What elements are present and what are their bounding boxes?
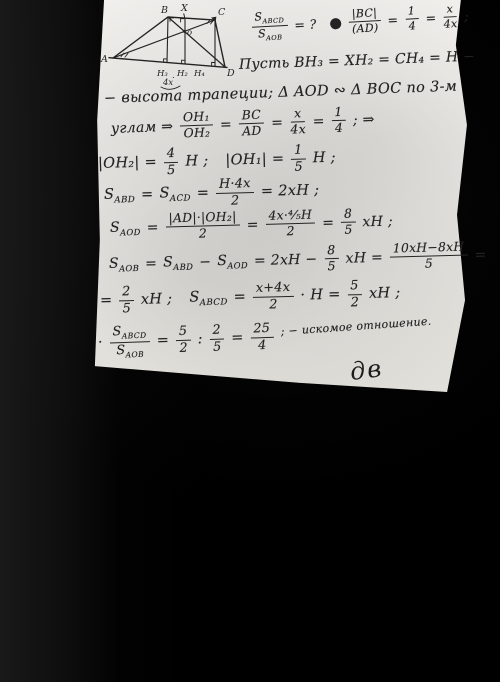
fraction: 45	[164, 147, 179, 178]
text-token: −	[199, 254, 211, 270]
area-symbol: SAOD	[217, 252, 248, 271]
fraction-numerator: 2	[119, 285, 134, 301]
area-symbol: SAOD	[110, 219, 141, 238]
fraction-denominator: 2	[269, 297, 278, 312]
fraction-denominator: 2	[199, 227, 208, 242]
trapezoid-diagram: A B X C D o H₃ . H₂ H₄ 4x	[93, 2, 245, 92]
fraction-denominator: 2	[351, 295, 360, 310]
text-token: ●	[329, 15, 343, 32]
text-token: H ;	[313, 150, 336, 167]
fraction: BCAD	[238, 109, 264, 139]
text-token: ·	[98, 335, 103, 351]
fraction-denominator: 4	[335, 121, 344, 136]
fraction: |AD|·|OH₂|2	[165, 211, 240, 243]
vertex-label-d: D	[226, 68, 235, 79]
area-symbol: SABD	[104, 186, 136, 206]
text-token: xH ;	[362, 213, 393, 230]
fraction-denominator: 4x	[443, 17, 457, 31]
text-token: H ;	[185, 153, 208, 170]
fraction: 15	[291, 143, 306, 174]
fraction: 254	[250, 322, 274, 353]
point-label-x: X	[180, 3, 189, 14]
fraction-denominator: 4x	[290, 122, 306, 137]
text-token: =	[233, 289, 246, 305]
fraction-numerator: 4x·⁴⁄₅H	[265, 209, 315, 226]
area-symbol: SAOB	[109, 255, 140, 274]
text-token: =	[247, 217, 259, 233]
fraction-numerator: 8	[324, 244, 339, 260]
fraction: 52	[176, 325, 191, 356]
fraction-numerator: BC	[238, 109, 264, 125]
text-token: xH ;	[369, 285, 401, 302]
fraction-denominator: SAOB	[258, 27, 283, 44]
fraction: |BC|(AD)	[349, 7, 382, 35]
base-ad	[109, 58, 227, 68]
text-token: =	[197, 185, 210, 201]
fraction-numerator: 2	[209, 324, 224, 340]
fraction-denominator: 4	[258, 338, 267, 353]
text-token: :	[197, 332, 203, 348]
text-token: =	[312, 113, 325, 129]
subscript: ABCD	[200, 297, 228, 308]
fraction-denominator: OH₂	[183, 126, 210, 141]
text-token: =	[322, 215, 334, 231]
fraction-numerator: 5	[347, 279, 362, 295]
fraction-numerator: 4	[164, 147, 179, 163]
s-abd-line: SABD=SACD=H·4x2= 2xH ;	[101, 175, 323, 211]
text-token: xH =	[345, 250, 383, 267]
photo-stage: A B X C D o H₃ . H₂ H₄ 4x SABCDSAOB= ?●|…	[0, 0, 500, 682]
fraction-numerator: x	[443, 4, 456, 19]
fraction-denominator: 5	[425, 257, 434, 272]
fraction: H·4x2	[216, 177, 254, 209]
height-bh3	[167, 17, 168, 63]
text-token: =	[100, 293, 113, 309]
text-token: =	[231, 330, 244, 346]
fraction: SABCDSAOB	[109, 324, 150, 360]
subscript: ABD	[173, 261, 193, 272]
fraction-numerator: 25	[250, 322, 273, 339]
subscript: AOD	[227, 260, 248, 271]
text-token: =	[145, 255, 157, 271]
area-symbol: SABD	[163, 254, 193, 273]
fraction: SABCDSAOB	[251, 10, 288, 43]
foot-label-h2: H₂	[176, 69, 188, 79]
point-label-o: o	[187, 28, 192, 38]
o-point	[183, 30, 186, 33]
text-token: xH ;	[141, 291, 173, 308]
fraction-numerator: OH₁	[180, 110, 213, 126]
text-token: углам ⇒	[111, 119, 174, 137]
text-token: ; − искомое отношение.	[280, 314, 432, 338]
fraction-denominator: 2	[179, 341, 188, 356]
text-token: =	[220, 116, 233, 132]
fraction-denominator: 2	[231, 193, 240, 208]
fraction-denominator: (AD)	[352, 21, 379, 35]
fraction: x+4x2	[253, 281, 294, 313]
base-length-label: 4x	[162, 78, 173, 88]
text-token: =	[387, 12, 399, 28]
fraction-numerator: x	[291, 107, 305, 123]
text-token: · H =	[300, 287, 341, 304]
subscript: AOD	[120, 227, 141, 238]
text-token: = 2xH ;	[261, 183, 320, 201]
area-symbol: SACD	[159, 184, 191, 204]
fraction: x4x	[290, 107, 306, 137]
fraction: 10xH−8xH5	[390, 241, 468, 273]
subscript: AOB	[119, 263, 140, 274]
fraction-numerator: H·4x	[216, 177, 254, 194]
fraction-denominator: 5	[294, 159, 303, 174]
fraction-denominator: 5	[344, 223, 353, 238]
fraction-numerator: SABCD	[251, 10, 287, 28]
fraction-numerator: |AD|·|OH₂|	[165, 211, 239, 228]
fraction-denominator: 5	[122, 301, 131, 316]
subscript: ABCD	[122, 331, 147, 341]
fraction: 14	[331, 106, 346, 136]
fraction-numerator: 1	[405, 5, 419, 20]
subscript: AOB	[125, 350, 144, 360]
text-token: =	[141, 187, 154, 203]
text-token: =	[157, 333, 170, 349]
fraction-denominator: 5	[167, 163, 176, 178]
fraction-numerator: 1	[291, 143, 306, 159]
text-token: = 2xH −	[254, 251, 318, 269]
fraction-denominator: 5	[213, 339, 222, 354]
right-angle-mark-x	[181, 19, 184, 23]
fraction: x4x	[443, 3, 458, 30]
foot-label-h4: H₄	[193, 69, 205, 79]
text-token: =	[271, 115, 284, 131]
fraction-numerator: x+4x	[253, 281, 294, 298]
text-token: ; ⇒	[353, 111, 375, 128]
fraction-denominator: 2	[286, 224, 295, 239]
vertex-label-a: A	[100, 54, 108, 65]
text-token: =	[425, 10, 437, 26]
fraction-numerator: 10xH−8xH	[390, 241, 468, 258]
fraction-numerator: 8	[341, 208, 356, 224]
fraction: 52	[347, 279, 362, 310]
text-token: =	[147, 219, 159, 235]
fraction-denominator: SAOB	[116, 342, 144, 360]
fraction: 14	[405, 5, 420, 32]
area-symbol: SABCD	[189, 288, 228, 308]
diagonal-ac	[113, 20, 215, 58]
text-token: =	[474, 247, 486, 263]
subscript: AOB	[266, 34, 283, 43]
vertex-label-c: C	[218, 7, 226, 18]
fraction-denominator: 5	[327, 259, 336, 274]
text-token: |OH₁| =	[225, 151, 284, 169]
vertex-label-b: B	[160, 5, 168, 16]
fraction: 25	[209, 324, 224, 355]
subscript: ABD	[114, 195, 135, 206]
signature-scribble: дв	[348, 354, 384, 386]
fraction-numerator: 5	[176, 325, 191, 341]
fraction: 25	[119, 285, 134, 316]
fraction-numerator: 1	[331, 106, 346, 122]
oh-values-line: |OH₂| =45H ;|OH₁| =15H ;	[95, 143, 340, 180]
fraction-denominator: AD	[242, 124, 262, 139]
subscript: ACD	[170, 193, 191, 204]
text-token: = ?	[294, 17, 317, 33]
fraction: 85	[324, 244, 339, 274]
fraction: 85	[341, 208, 356, 238]
text-token: ;	[464, 9, 469, 24]
fraction: 4x·⁴⁄₅H2	[265, 209, 315, 240]
fraction-numerator: SABCD	[109, 324, 150, 343]
subscript: ABCD	[262, 16, 284, 25]
fraction-denominator: 4	[408, 20, 416, 33]
fraction: OH₁OH₂	[180, 110, 214, 141]
text-token: |OH₂| =	[98, 155, 157, 173]
